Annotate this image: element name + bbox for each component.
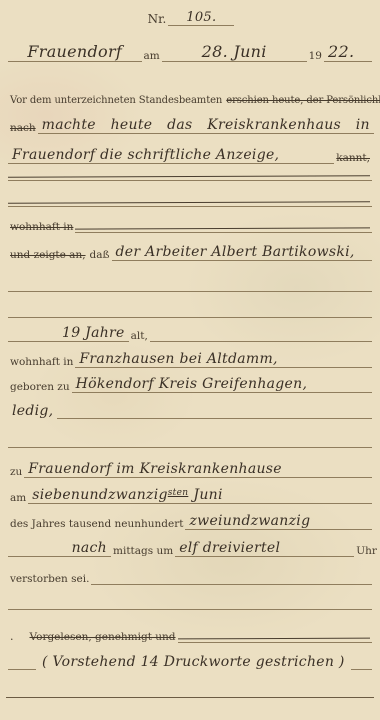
ruled-line [57, 417, 372, 419]
notice-line-2: Frauendorf die schriftliche Anzeige, kan… [8, 138, 372, 164]
ruled-line [8, 205, 372, 207]
struck-blank-line [8, 171, 372, 181]
nr-label: Nr. [146, 12, 169, 26]
am-label: am [142, 50, 162, 62]
correction-note-line: ( Vorstehend 14 Druckworte gestrichen ) [8, 645, 372, 670]
year-printed: 19 [307, 50, 324, 62]
intro-struck-words: erschien heute, der Persönlichkeit [224, 95, 380, 106]
intro-line: Vor dem unterzeichneten Standesbeamten e… [8, 90, 372, 106]
struck-vorgelesen: Vorgelesen, genehmigt und [28, 631, 178, 643]
deceased-name: der Arbeiter Albert Bartikowski, [112, 244, 372, 261]
verstorben-label: verstorben sei. [8, 573, 91, 585]
zu-label: zu [8, 466, 24, 478]
age-value: 19 Jahre [58, 325, 129, 342]
am-label: am [8, 492, 28, 504]
ruled-line [150, 340, 372, 342]
birthplace-line: geboren zu Hökendorf Kreis Greifenhagen, [8, 369, 372, 393]
struck-wohnhaft: wohnhaft in [8, 221, 75, 233]
verstorben-line: verstorben sei. [8, 560, 372, 585]
correction-note: ( Vorstehend 14 Druckworte gestrichen ) [36, 654, 351, 670]
year-printed-words: des Jahres tausend neunhundert [8, 518, 185, 530]
vorgelesen-line: . Vorgelesen, genehmigt und [8, 621, 372, 643]
death-day-suffix: sten [168, 488, 189, 498]
death-day-word: siebenundzwanzig [32, 487, 168, 503]
birthplace-value: Hökendorf Kreis Greifenhagen, [72, 376, 372, 393]
ruled-line [8, 608, 372, 610]
geboren-label: geboren zu [8, 381, 72, 393]
notice-line-1: nach machte heute das Kreiskrankenhaus i… [8, 108, 372, 134]
ruled-line [8, 340, 58, 342]
dass-label: daß [88, 249, 112, 261]
ruled-line [8, 446, 372, 448]
struck-wohnhaft-line: wohnhaft in [8, 213, 372, 233]
intro-printed: Vor dem unterzeichneten Standesbeamten [8, 95, 224, 106]
ruled-line [8, 179, 372, 181]
mittags-label: mittags um [111, 545, 175, 557]
notice-handwritten-1: machte heute das Kreiskrankenhaus in [38, 117, 374, 134]
ruled-line [351, 668, 372, 670]
death-time-line: nach mittags um elf dreiviertel Uhr [8, 532, 372, 557]
death-year-line: des Jahres tausend neunhundert zweiundzw… [8, 506, 372, 530]
alt-label: alt, [129, 330, 150, 342]
notice-handwritten-2: Frauendorf die schriftliche Anzeige, [8, 147, 334, 164]
record-date: 28. Juni [162, 42, 307, 62]
deceased-person-line: und zeigte an, daß der Arbeiter Albert B… [8, 238, 372, 261]
ruled-line [75, 231, 372, 233]
death-place-value: Frauendorf im Kreiskrankenhause [24, 461, 372, 478]
residence-line: wohnhaft in Franzhausen bei Altdamm, [8, 344, 372, 368]
death-place-line: zu Frauendorf im Kreiskrankenhause [8, 454, 372, 478]
record-number-value: 105. [168, 10, 234, 26]
registry-place: Frauendorf [8, 42, 142, 62]
margin-dot: . [8, 630, 28, 643]
marital-status-value: ledig, [8, 403, 57, 419]
year-handwritten: 22. [324, 42, 372, 62]
death-time-value: elf dreiviertel [175, 540, 284, 557]
ruled-line [8, 290, 372, 292]
ruled-line [314, 528, 372, 530]
blank-line [8, 308, 372, 318]
closing-rule [6, 697, 374, 698]
struck-nach: nach [8, 122, 38, 134]
struck-zeigte-an: und zeigte an, [8, 249, 88, 261]
ruled-line [284, 555, 354, 557]
marital-status-line: ledig, [8, 395, 372, 419]
ruled-line [8, 668, 36, 670]
residence-value: Franzhausen bei Altdamm, [75, 351, 372, 368]
wohnhaft-label: wohnhaft in [8, 356, 75, 368]
death-year-value: zweiundzwanzig [185, 513, 314, 530]
nach-handwritten: nach [8, 540, 111, 557]
struck-kannt: kannt, [334, 152, 372, 164]
death-day-value: siebenundzwanzigsten Juni [28, 484, 227, 504]
place-date-line: Frauendorf am 28. Juni 19 22. [8, 36, 372, 62]
record-number-line: Nr. 105. [8, 4, 372, 26]
uhr-label: Uhr [354, 545, 379, 557]
struck-blank-line [8, 197, 372, 207]
ruled-line [8, 316, 372, 318]
age-line: 19 Jahre alt, [8, 319, 372, 342]
death-register-page: { "doc": { "colors": { "paper":"#ebdfc2"… [0, 0, 380, 720]
blank-line [8, 439, 372, 448]
blank-line [8, 283, 372, 292]
ruled-line [91, 583, 372, 585]
death-month: Juni [193, 487, 222, 503]
ruled-line [227, 502, 372, 504]
ruled-line [178, 641, 372, 643]
blank-line [8, 600, 372, 610]
death-day-line: am siebenundzwanzigsten Juni [8, 479, 372, 504]
